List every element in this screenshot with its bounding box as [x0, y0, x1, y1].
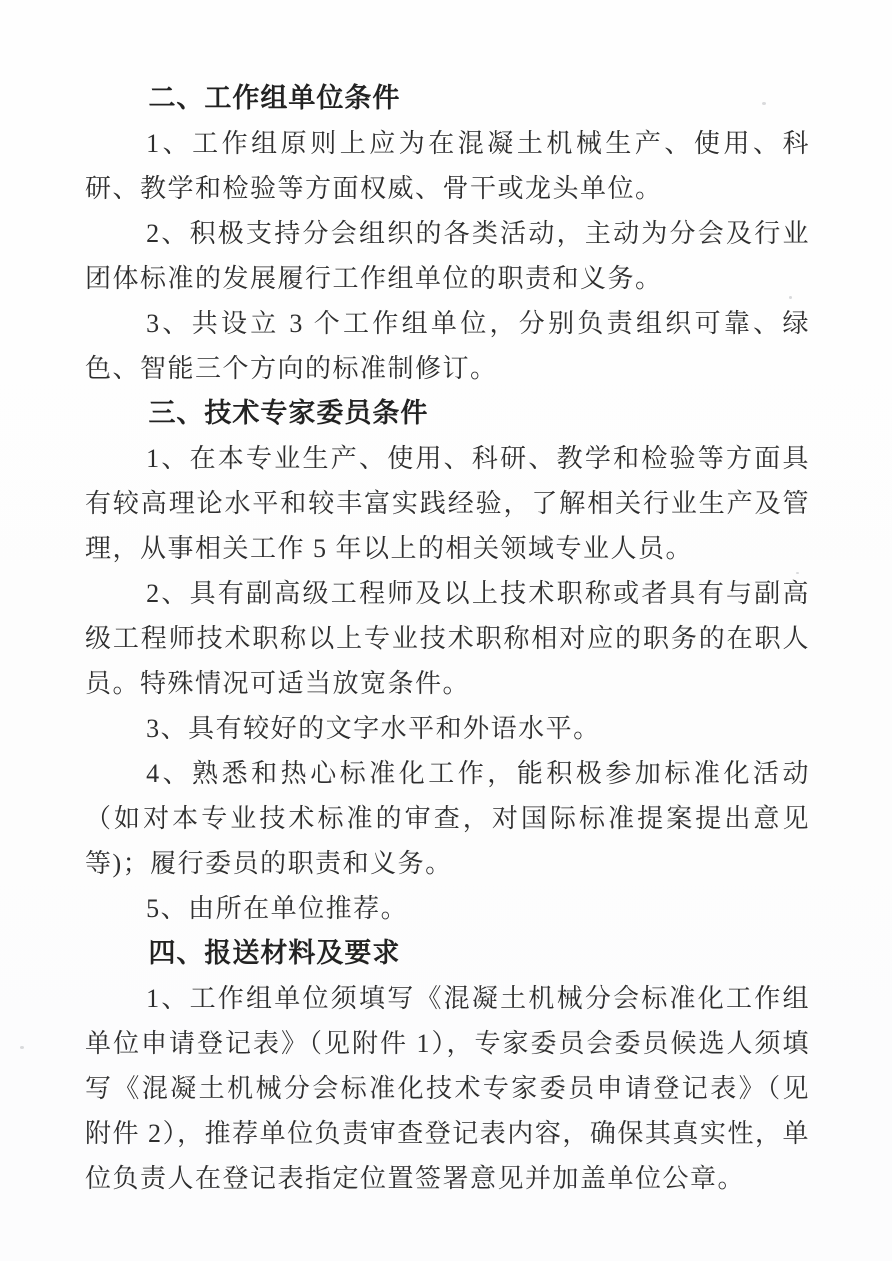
paragraph: 5、由所在单位推荐。: [85, 886, 810, 931]
document-page: 二、工作组单位条件 1、工作组原则上应为在混凝土机械生产、使用、科研、教学和检验…: [0, 0, 892, 1261]
paragraph: 1、工作组原则上应为在混凝土机械生产、使用、科研、教学和检验等方面权威、骨干或龙…: [85, 121, 810, 211]
section-heading: 四、报送材料及要求: [85, 931, 810, 976]
section-heading: 二、工作组单位条件: [85, 76, 810, 121]
scan-speck: [789, 296, 792, 299]
paragraph: 2、积极支持分会组织的各类活动，主动为分会及行业团体标准的发展履行工作组单位的职…: [85, 211, 810, 301]
paragraph: 3、具有较好的文字水平和外语水平。: [85, 706, 810, 751]
scan-speck: [20, 1046, 24, 1049]
paragraph: 4、熟悉和热心标准化工作，能积极参加标准化活动（如对本专业技术标准的审查，对国际…: [85, 751, 810, 886]
scan-speck: [762, 102, 766, 105]
section-technical-expert-conditions: 三、技术专家委员条件 1、在本专业生产、使用、科研、教学和检验等方面具有较高理论…: [85, 391, 810, 931]
section-heading: 三、技术专家委员条件: [85, 391, 810, 436]
paragraph: 1、在本专业生产、使用、科研、教学和检验等方面具有较高理论水平和较丰富实践经验，…: [85, 436, 810, 571]
scan-speck: [796, 572, 799, 574]
section-submission-materials: 四、报送材料及要求 1、工作组单位须填写《混凝土机械分会标准化工作组单位申请登记…: [85, 931, 810, 1201]
paragraph: 2、具有副高级工程师及以上技术职称或者具有与副高级工程师技术职称以上专业技术职称…: [85, 571, 810, 706]
paragraph: 3、共设立 3 个工作组单位，分别负责组织可靠、绿色、智能三个方向的标准制修订。: [85, 301, 810, 391]
section-workgroup-unit-conditions: 二、工作组单位条件 1、工作组原则上应为在混凝土机械生产、使用、科研、教学和检验…: [85, 76, 810, 391]
paragraph: 1、工作组单位须填写《混凝土机械分会标准化工作组单位申请登记表》（见附件 1），…: [85, 976, 810, 1201]
